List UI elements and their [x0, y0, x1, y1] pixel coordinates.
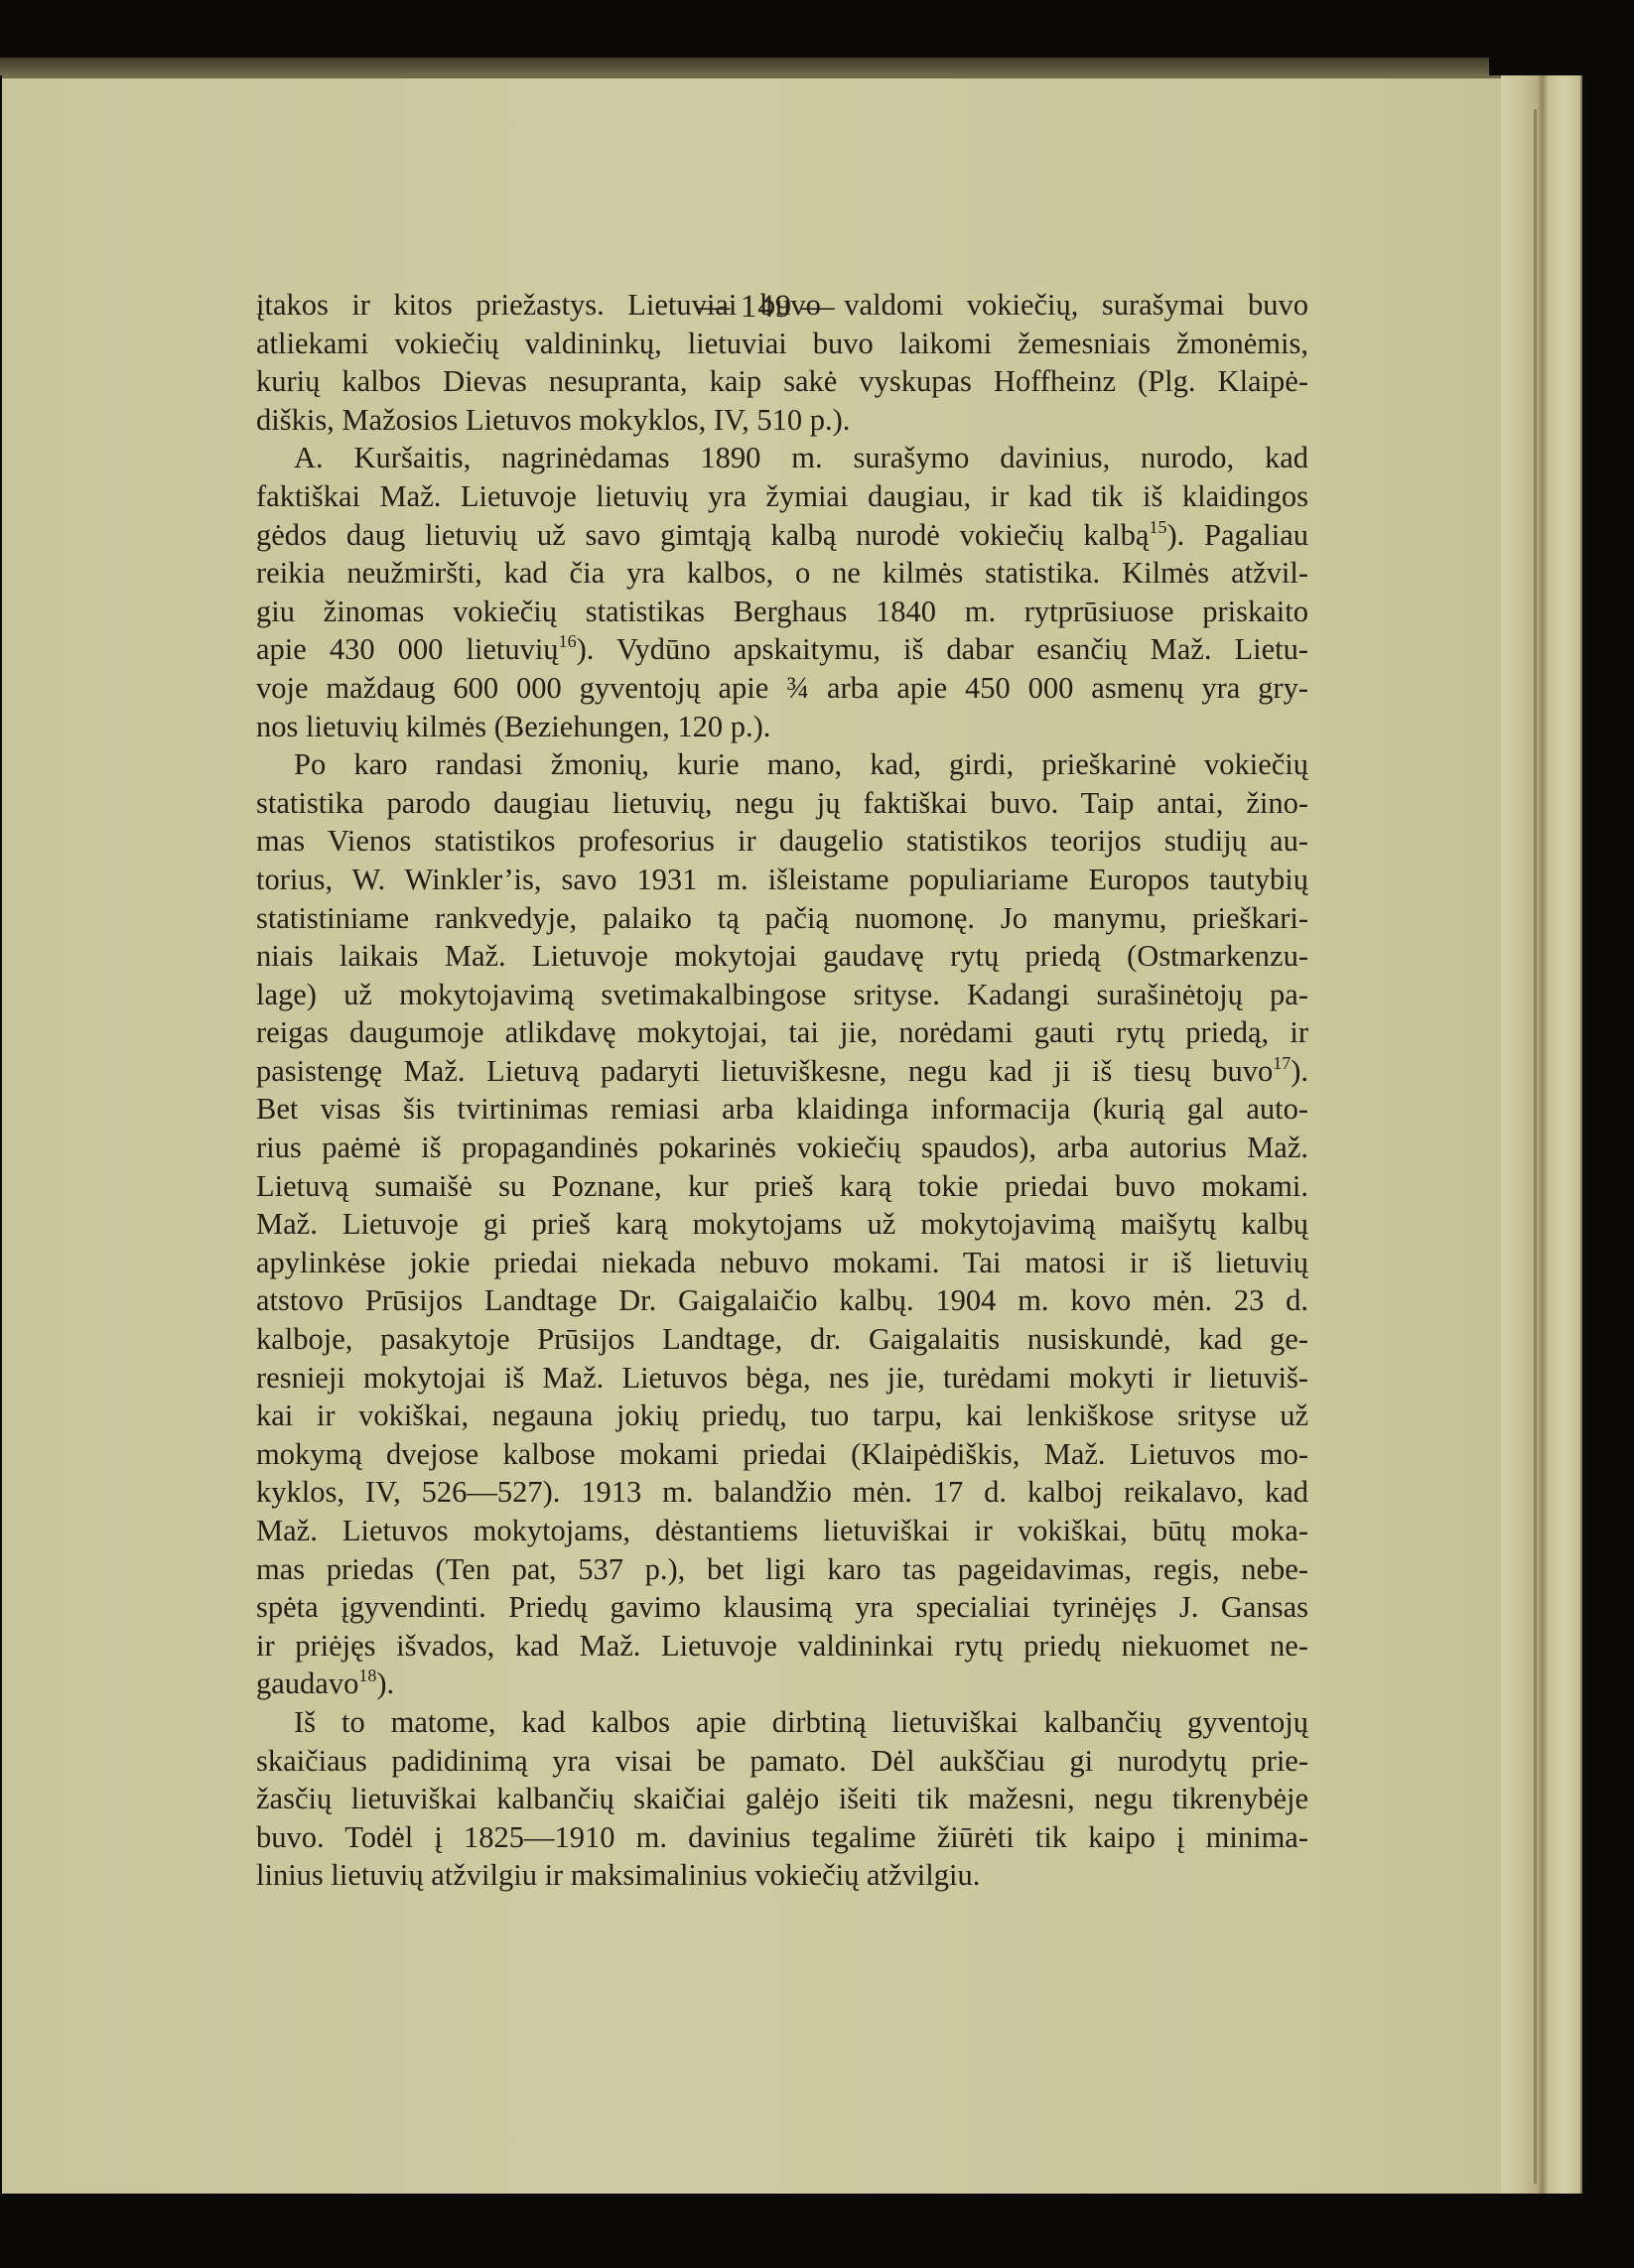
text-line: atstovo Prūsijos Landtage Dr. Gaigalaiči… — [256, 1281, 1308, 1320]
footnote-marker: 18 — [358, 1666, 376, 1685]
text-line: statistika parodo daugiau lietuvių, negu… — [256, 784, 1308, 823]
footnote-marker: 15 — [1149, 517, 1166, 537]
text-line: gaudavo18). — [256, 1665, 1308, 1703]
text-line: giu žinomas vokiečių statistikas Berghau… — [256, 593, 1308, 631]
text-line: lage) už mokytojavimą svetimakalbingose … — [256, 976, 1308, 1014]
text-line: A. Kuršaitis, nagrinėdamas 1890 m. suraš… — [256, 439, 1308, 477]
text-line: nos lietuvių kilmės (Beziehungen, 120 p.… — [256, 708, 1308, 746]
text-line: įtakos ir kitos priežastys. Lietuviai bu… — [256, 286, 1308, 325]
text-line: Maž. Lietuvos mokytojams, dėstantiems li… — [256, 1512, 1308, 1550]
page-edge-crease — [1534, 109, 1537, 2184]
text-line: atliekami vokiečių valdininkų, lietuviai… — [256, 325, 1308, 363]
text-line: reikia neužmiršti, kad čia yra kalbos, o… — [256, 554, 1308, 593]
text-line: Bet visas šis tvirtinimas remiasi arba k… — [256, 1090, 1308, 1129]
page-top-shadow — [0, 58, 1489, 75]
text-line: pasistengę Maž. Lietuvą padaryti lietuvi… — [256, 1052, 1308, 1091]
text-line: diškis, Mažosios Lietuvos mokyklos, IV, … — [256, 401, 1308, 440]
text-line: kai ir vokiškai, negauna jokių priedų, t… — [256, 1397, 1308, 1435]
text-line: faktiškai Maž. Lietuvoje lietuvių yra žy… — [256, 477, 1308, 516]
text-line: kalboje, pasakytoje Prūsijos Landtage, d… — [256, 1320, 1308, 1359]
footnote-marker: 16 — [559, 631, 577, 651]
body-text: įtakos ir kitos priežastys. Lietuviai bu… — [256, 286, 1308, 1895]
text-line: rius paėmė iš propagandinės pokarinės vo… — [256, 1129, 1308, 1167]
text-line: buvo. Todėl į 1825—1910 m. davinius tega… — [256, 1818, 1308, 1857]
text-line: kyklos, IV, 526—527). 1913 m. balandžio … — [256, 1473, 1308, 1512]
text-line: linius lietuvių atžvilgiu ir maksimalini… — [256, 1856, 1308, 1895]
text-line: kurių kalbos Dievas nesupranta, kaip sak… — [256, 362, 1308, 401]
text-line: Iš to matome, kad kalbos apie dirbtiną l… — [256, 1703, 1308, 1742]
text-line: mokymą dvejose kalbose mokami priedai (K… — [256, 1435, 1308, 1474]
text-line: apie 430 000 lietuvių16). Vydūno apskait… — [256, 630, 1308, 669]
text-line: statistiniame rankvedyje, palaiko tą pač… — [256, 899, 1308, 938]
text-line: žasčių lietuviškai kalbančių skaičiai ga… — [256, 1780, 1308, 1818]
text-line: voje maždaug 600 000 gyventojų apie ¾ ar… — [256, 669, 1308, 708]
bottom-background — [0, 2194, 1634, 2268]
text-line: Lietuvą sumaišė su Poznane, kur prieš ka… — [256, 1167, 1308, 1206]
text-line: apylinkėse jokie priedai niekada nebuvo … — [256, 1244, 1308, 1282]
text-line: reigas daugumoje atlikdavę mokytojai, ta… — [256, 1013, 1308, 1052]
footnote-marker: 17 — [1273, 1053, 1291, 1073]
text-line: mas priedas (Ten pat, 537 p.), bet ligi … — [256, 1550, 1308, 1589]
page-fore-edge — [1501, 75, 1582, 2200]
text-line: skaičiaus padidinimą yra visai be pamato… — [256, 1742, 1308, 1781]
text-line: torius, W. Winkler’is, savo 1931 m. išle… — [256, 861, 1308, 899]
text-line: resnieji mokytojai iš Maž. Lietuvos bėga… — [256, 1359, 1308, 1398]
text-line: spėta įgyvendinti. Priedų gavimo klausim… — [256, 1588, 1308, 1627]
text-line: mas Vienos statistikos profesorius ir da… — [256, 822, 1308, 861]
text-line: Maž. Lietuvoje gi prieš karą mokytojams … — [256, 1205, 1308, 1244]
text-line: Po karo randasi žmonių, kurie mano, kad,… — [256, 745, 1308, 784]
text-line: niais laikais Maž. Lietuvoje mokytojai g… — [256, 937, 1308, 976]
text-line: ir priėjęs išvados, kad Maž. Lietuvoje v… — [256, 1627, 1308, 1666]
text-line: gėdos daug lietuvių už savo gimtąją kalb… — [256, 516, 1308, 555]
